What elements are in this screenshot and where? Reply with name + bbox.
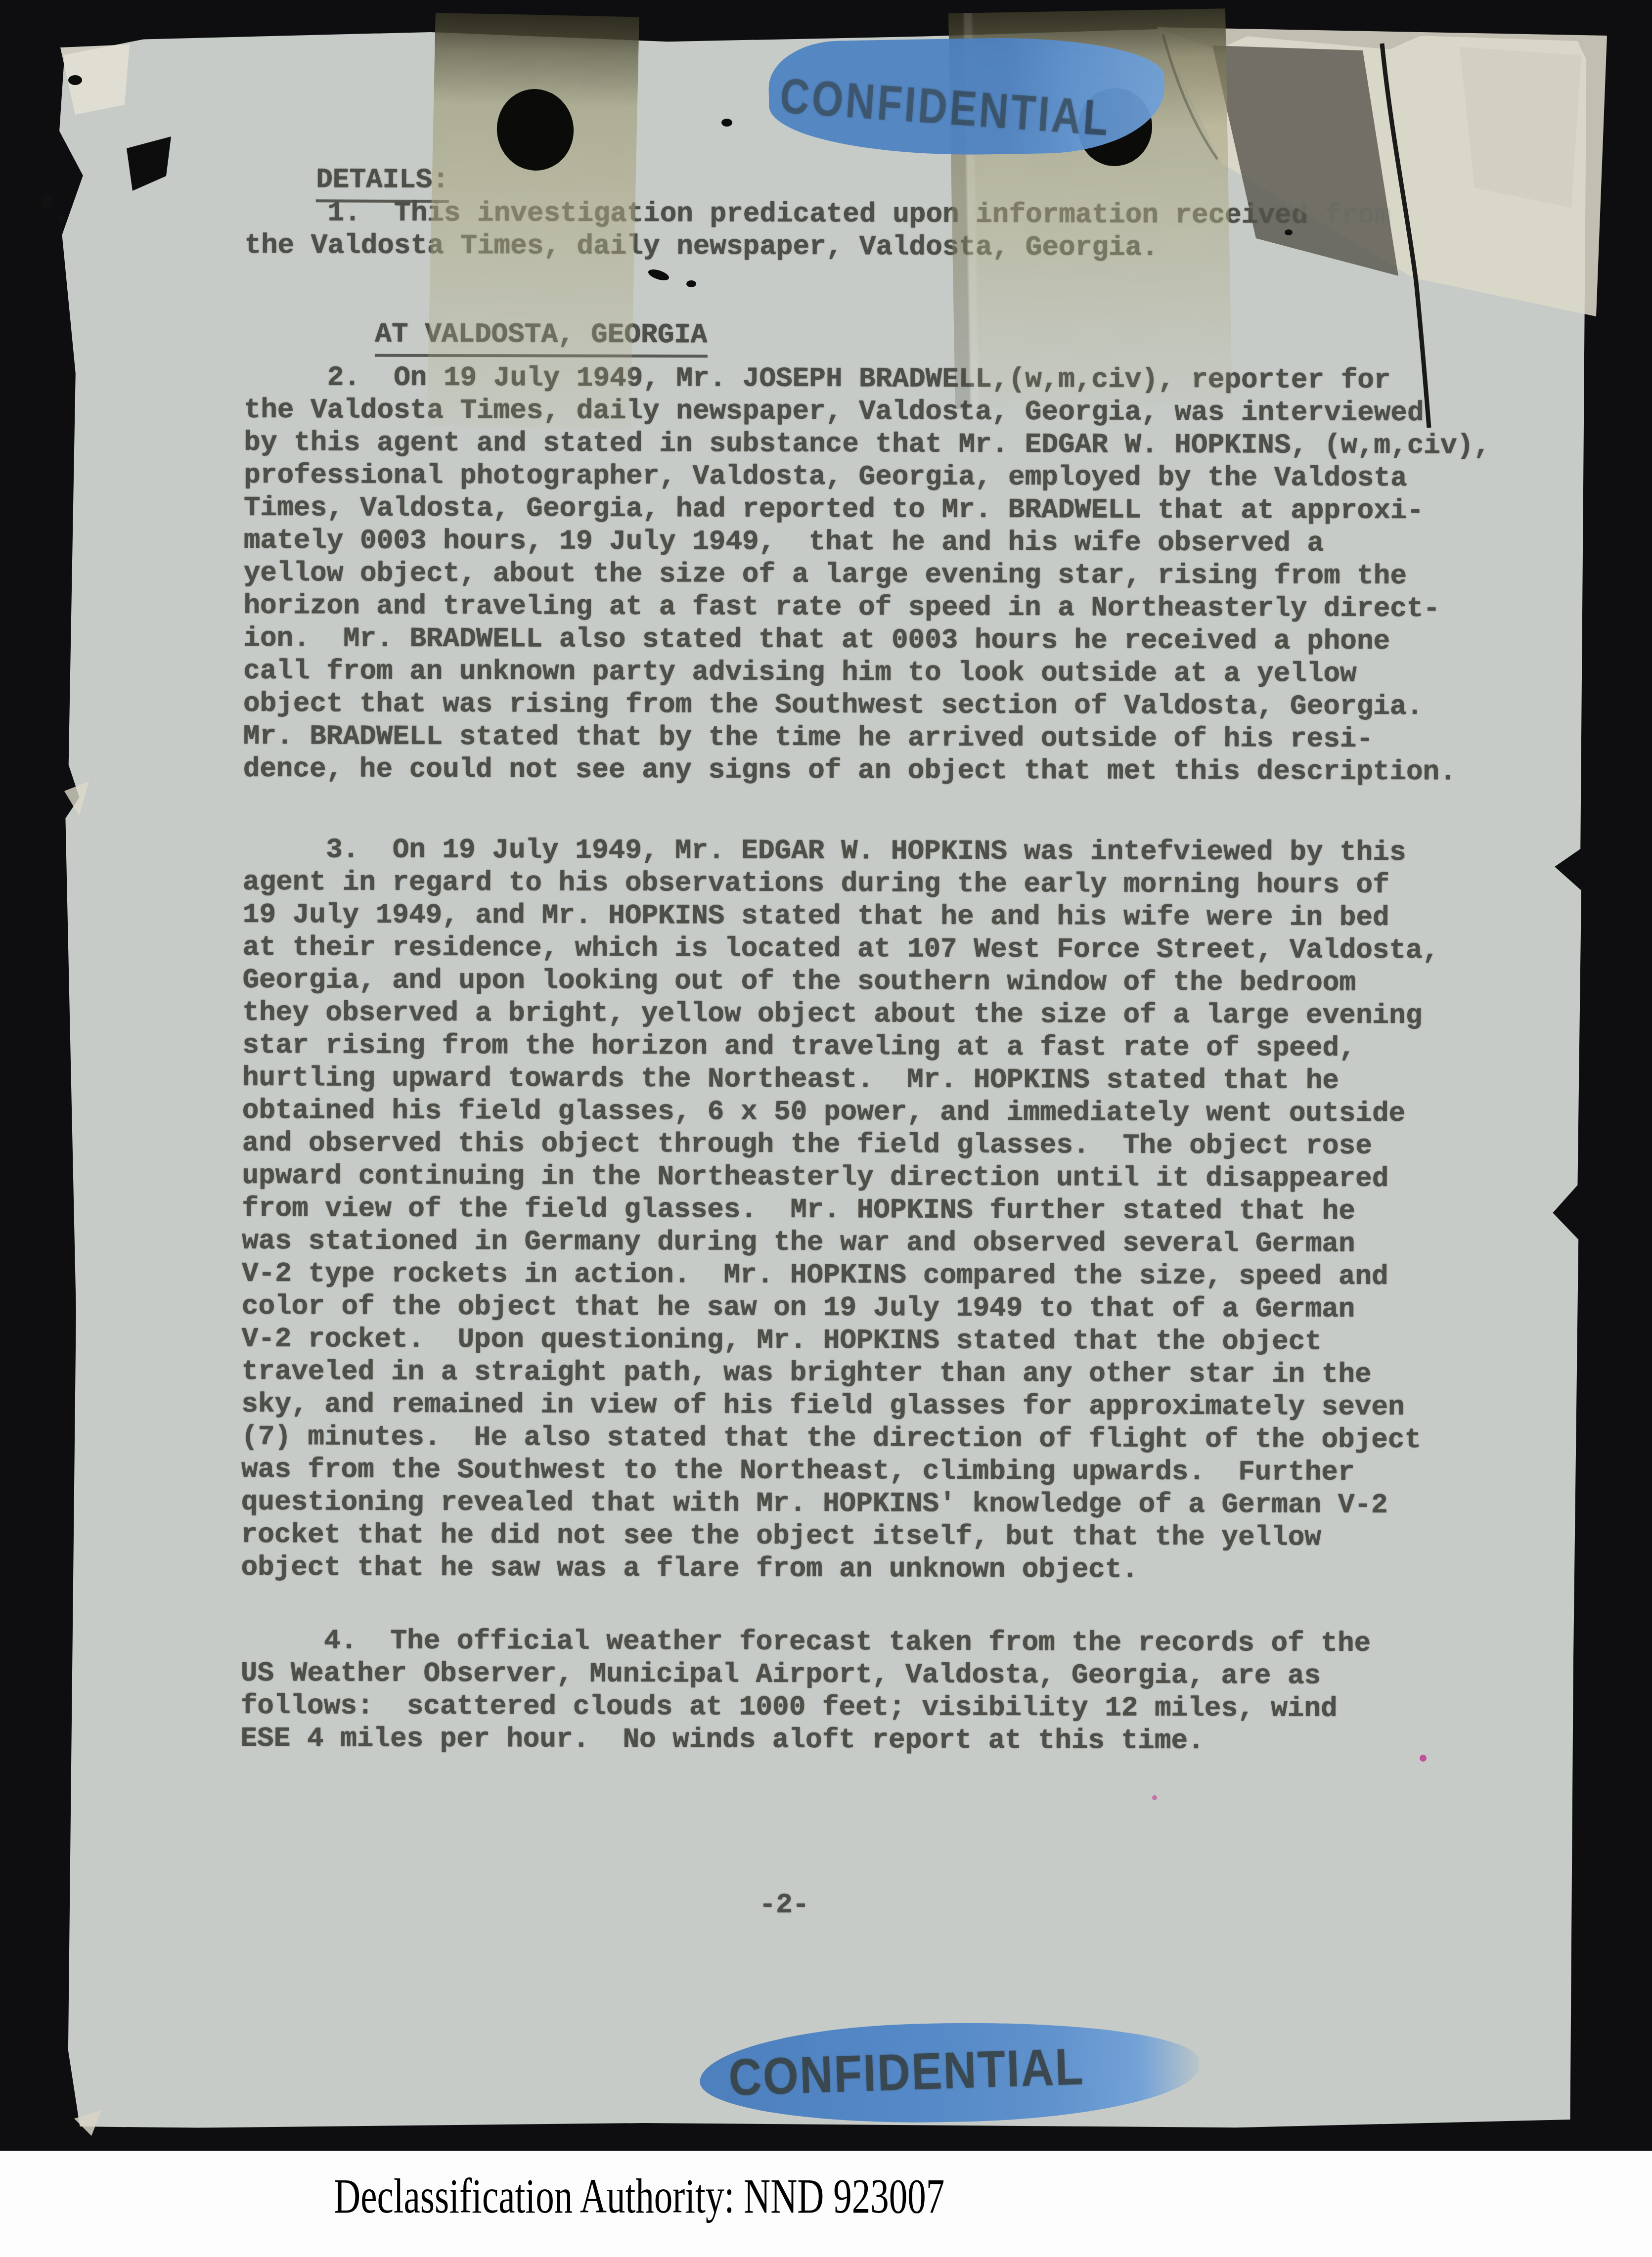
- paragraph-3: 3. On 19 July 1949, Mr. EDGAR W. HOPKINS…: [241, 833, 1439, 1587]
- declassification-text: Declassification Authority: NND 923007: [334, 2168, 944, 2224]
- declassification-footer: Declassification Authority: NND 923007: [0, 2151, 1652, 2257]
- location-heading-label: AT VALDOSTA, GEORGIA: [375, 318, 707, 358]
- paragraph-2: 2. On 19 July 1949, Mr. JOSEPH BRADWELL,…: [243, 361, 1491, 789]
- page-number: -2-: [759, 1889, 809, 1921]
- paragraph-1: 1. This investigation predicated upon in…: [244, 196, 1391, 265]
- paragraph-4: 4. The official weather forecast taken f…: [240, 1624, 1371, 1758]
- paper: DETAILS: 1. This investigation predicate…: [49, 25, 1590, 2145]
- page-backdrop: { "page": { "paper_color": "#c6cbc7", "i…: [0, 0, 1652, 2257]
